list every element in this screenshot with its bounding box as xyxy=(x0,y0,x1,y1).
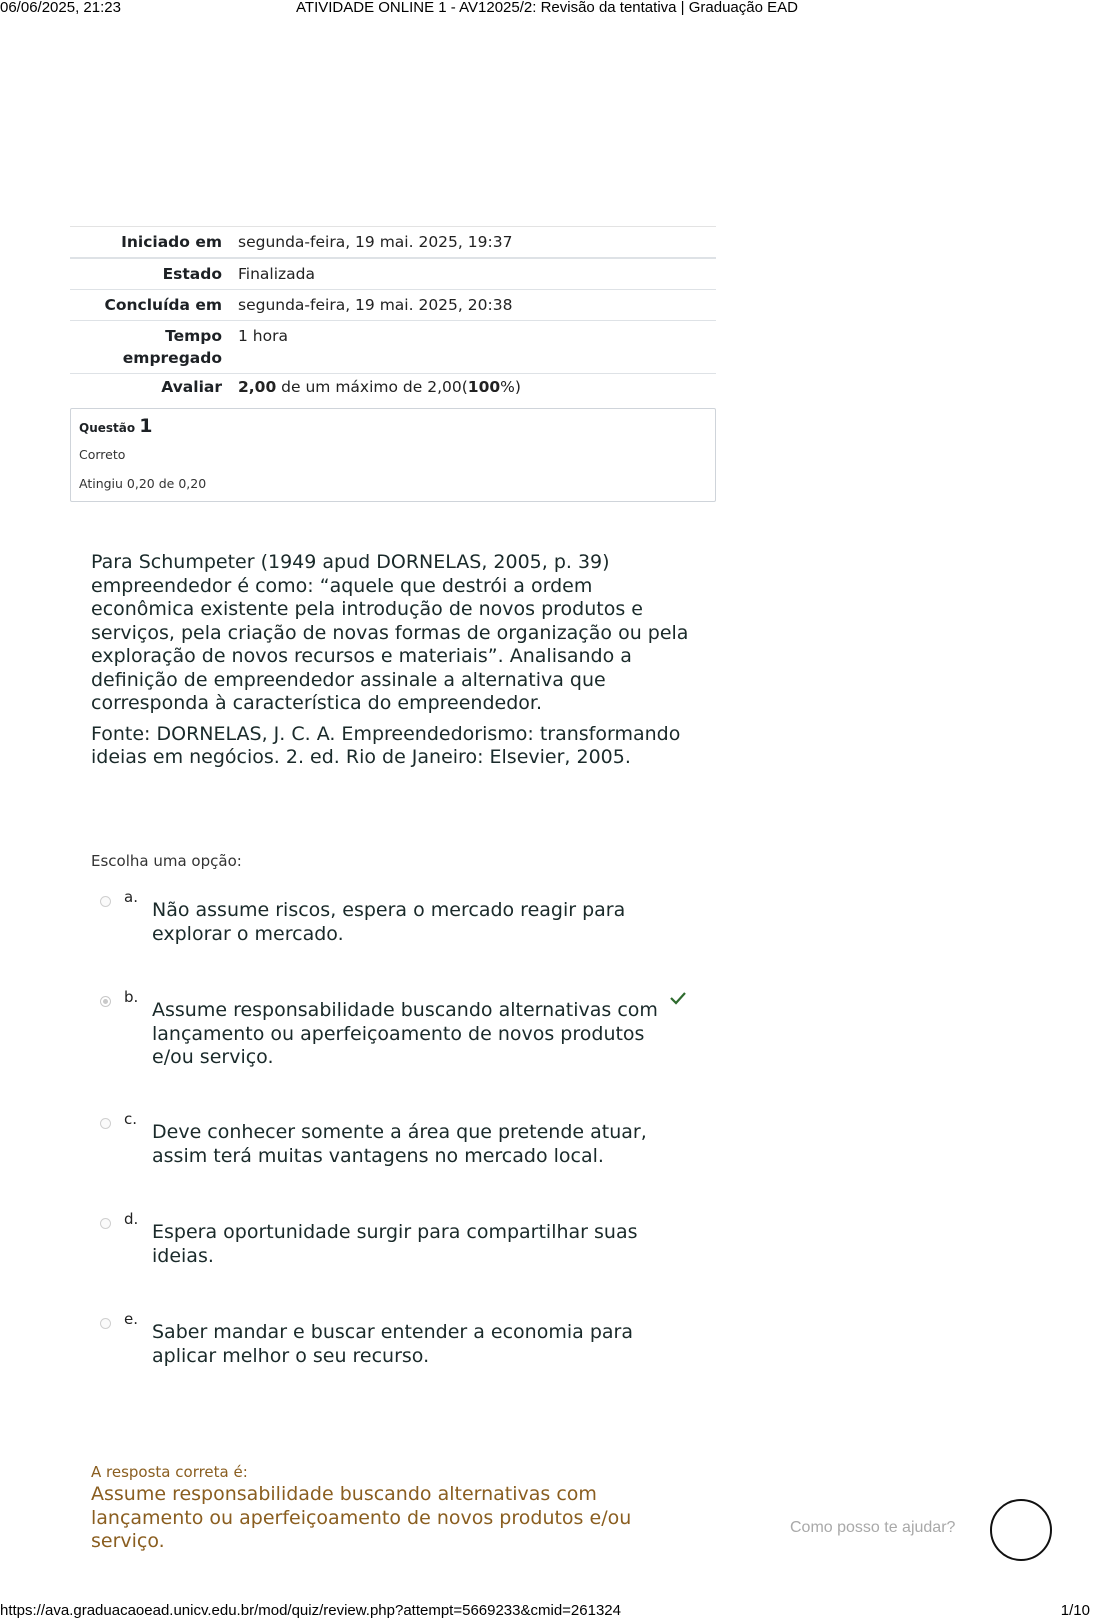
answer-text: Não assume riscos, espera o mercado reag… xyxy=(152,899,682,946)
summary-label: Tempo empregado xyxy=(70,321,238,374)
summary-label: Concluída em xyxy=(70,290,238,321)
answer-radio[interactable] xyxy=(100,996,111,1007)
print-footer: https://ava.graduacaoead.unicv.edu.br/mo… xyxy=(0,1602,1094,1622)
print-url: https://ava.graduacaoead.unicv.edu.br/mo… xyxy=(0,1602,621,1619)
summary-row-completed: Concluída em segunda-feira, 19 mai. 2025… xyxy=(70,290,716,321)
feedback-answer: Assume responsabilidade buscando alterna… xyxy=(91,1483,691,1554)
question-statement: Para Schumpeter (1949 apud DORNELAS, 200… xyxy=(91,551,691,716)
question-number: Questão 1 xyxy=(79,415,153,437)
answer-radio[interactable] xyxy=(100,1318,111,1329)
answer-prompt: Escolha uma opção: xyxy=(91,852,242,870)
grade-score: 2,00 xyxy=(238,378,276,396)
question-source: Fonte: DORNELAS, J. C. A. Empreendedoris… xyxy=(91,723,691,770)
answer-letter: e. xyxy=(124,1310,138,1328)
summary-value: 1 hora xyxy=(238,321,716,374)
question-text: Para Schumpeter (1949 apud DORNELAS, 200… xyxy=(91,551,691,777)
answer-letter: b. xyxy=(124,988,138,1006)
question-grade: Atingiu 0,20 de 0,20 xyxy=(79,476,206,491)
summary-label: Avaliar xyxy=(70,374,238,403)
answer-letter: d. xyxy=(124,1210,138,1228)
summary-value: segunda-feira, 19 mai. 2025, 19:37 xyxy=(238,227,716,259)
summary-row-state: Estado Finalizada xyxy=(70,258,716,290)
answer-letter: c. xyxy=(124,1110,137,1128)
summary-row-grade: Avaliar 2,00 de um máximo de 2,00(100%) xyxy=(70,374,716,403)
answer-text: Saber mandar e buscar entender a economi… xyxy=(152,1321,682,1368)
grade-percent: 100 xyxy=(468,378,500,396)
answer-letter: a. xyxy=(124,888,138,906)
summary-value: segunda-feira, 19 mai. 2025, 20:38 xyxy=(238,290,716,321)
answer-radio[interactable] xyxy=(100,896,111,907)
answer-radio[interactable] xyxy=(100,1118,111,1129)
feedback-lead: A resposta correta é: xyxy=(91,1463,691,1481)
answer-text: Assume responsabilidade buscando alterna… xyxy=(152,999,682,1070)
correct-check-icon xyxy=(668,988,688,1008)
print-title: ATIVIDADE ONLINE 1 - AV12025/2: Revisão … xyxy=(0,0,1094,16)
question-label: Questão xyxy=(79,421,135,435)
answer-radio[interactable] xyxy=(100,1218,111,1229)
question-num: 1 xyxy=(139,415,152,437)
grade-max: de um máximo de 2,00( xyxy=(276,378,468,396)
summary-row-started: Iniciado em segunda-feira, 19 mai. 2025,… xyxy=(70,227,716,259)
grade-end: %) xyxy=(500,378,521,396)
chat-widget-button[interactable] xyxy=(990,1499,1052,1561)
print-page-number: 1/10 xyxy=(1061,1602,1090,1619)
correct-answer-feedback: A resposta correta é: Assume responsabil… xyxy=(91,1463,691,1554)
summary-label: Estado xyxy=(70,258,238,290)
print-header: 06/06/2025, 21:23 ATIVIDADE ONLINE 1 - A… xyxy=(0,0,1094,18)
summary-row-time: Tempo empregado 1 hora xyxy=(70,321,716,374)
question-state: Correto xyxy=(79,447,125,462)
summary-value: 2,00 de um máximo de 2,00(100%) xyxy=(238,374,716,403)
chat-prompt-text[interactable]: Como posso te ajudar? xyxy=(790,1519,955,1537)
summary-label: Iniciado em xyxy=(70,227,238,259)
answer-text: Espera oportunidade surgir para comparti… xyxy=(152,1221,682,1268)
summary-value: Finalizada xyxy=(238,258,716,290)
question-info-box: Questão 1 Correto Atingiu 0,20 de 0,20 xyxy=(70,408,716,502)
answer-text: Deve conhecer somente a área que pretend… xyxy=(152,1121,682,1168)
attempt-summary-table: Iniciado em segunda-feira, 19 mai. 2025,… xyxy=(70,226,716,402)
